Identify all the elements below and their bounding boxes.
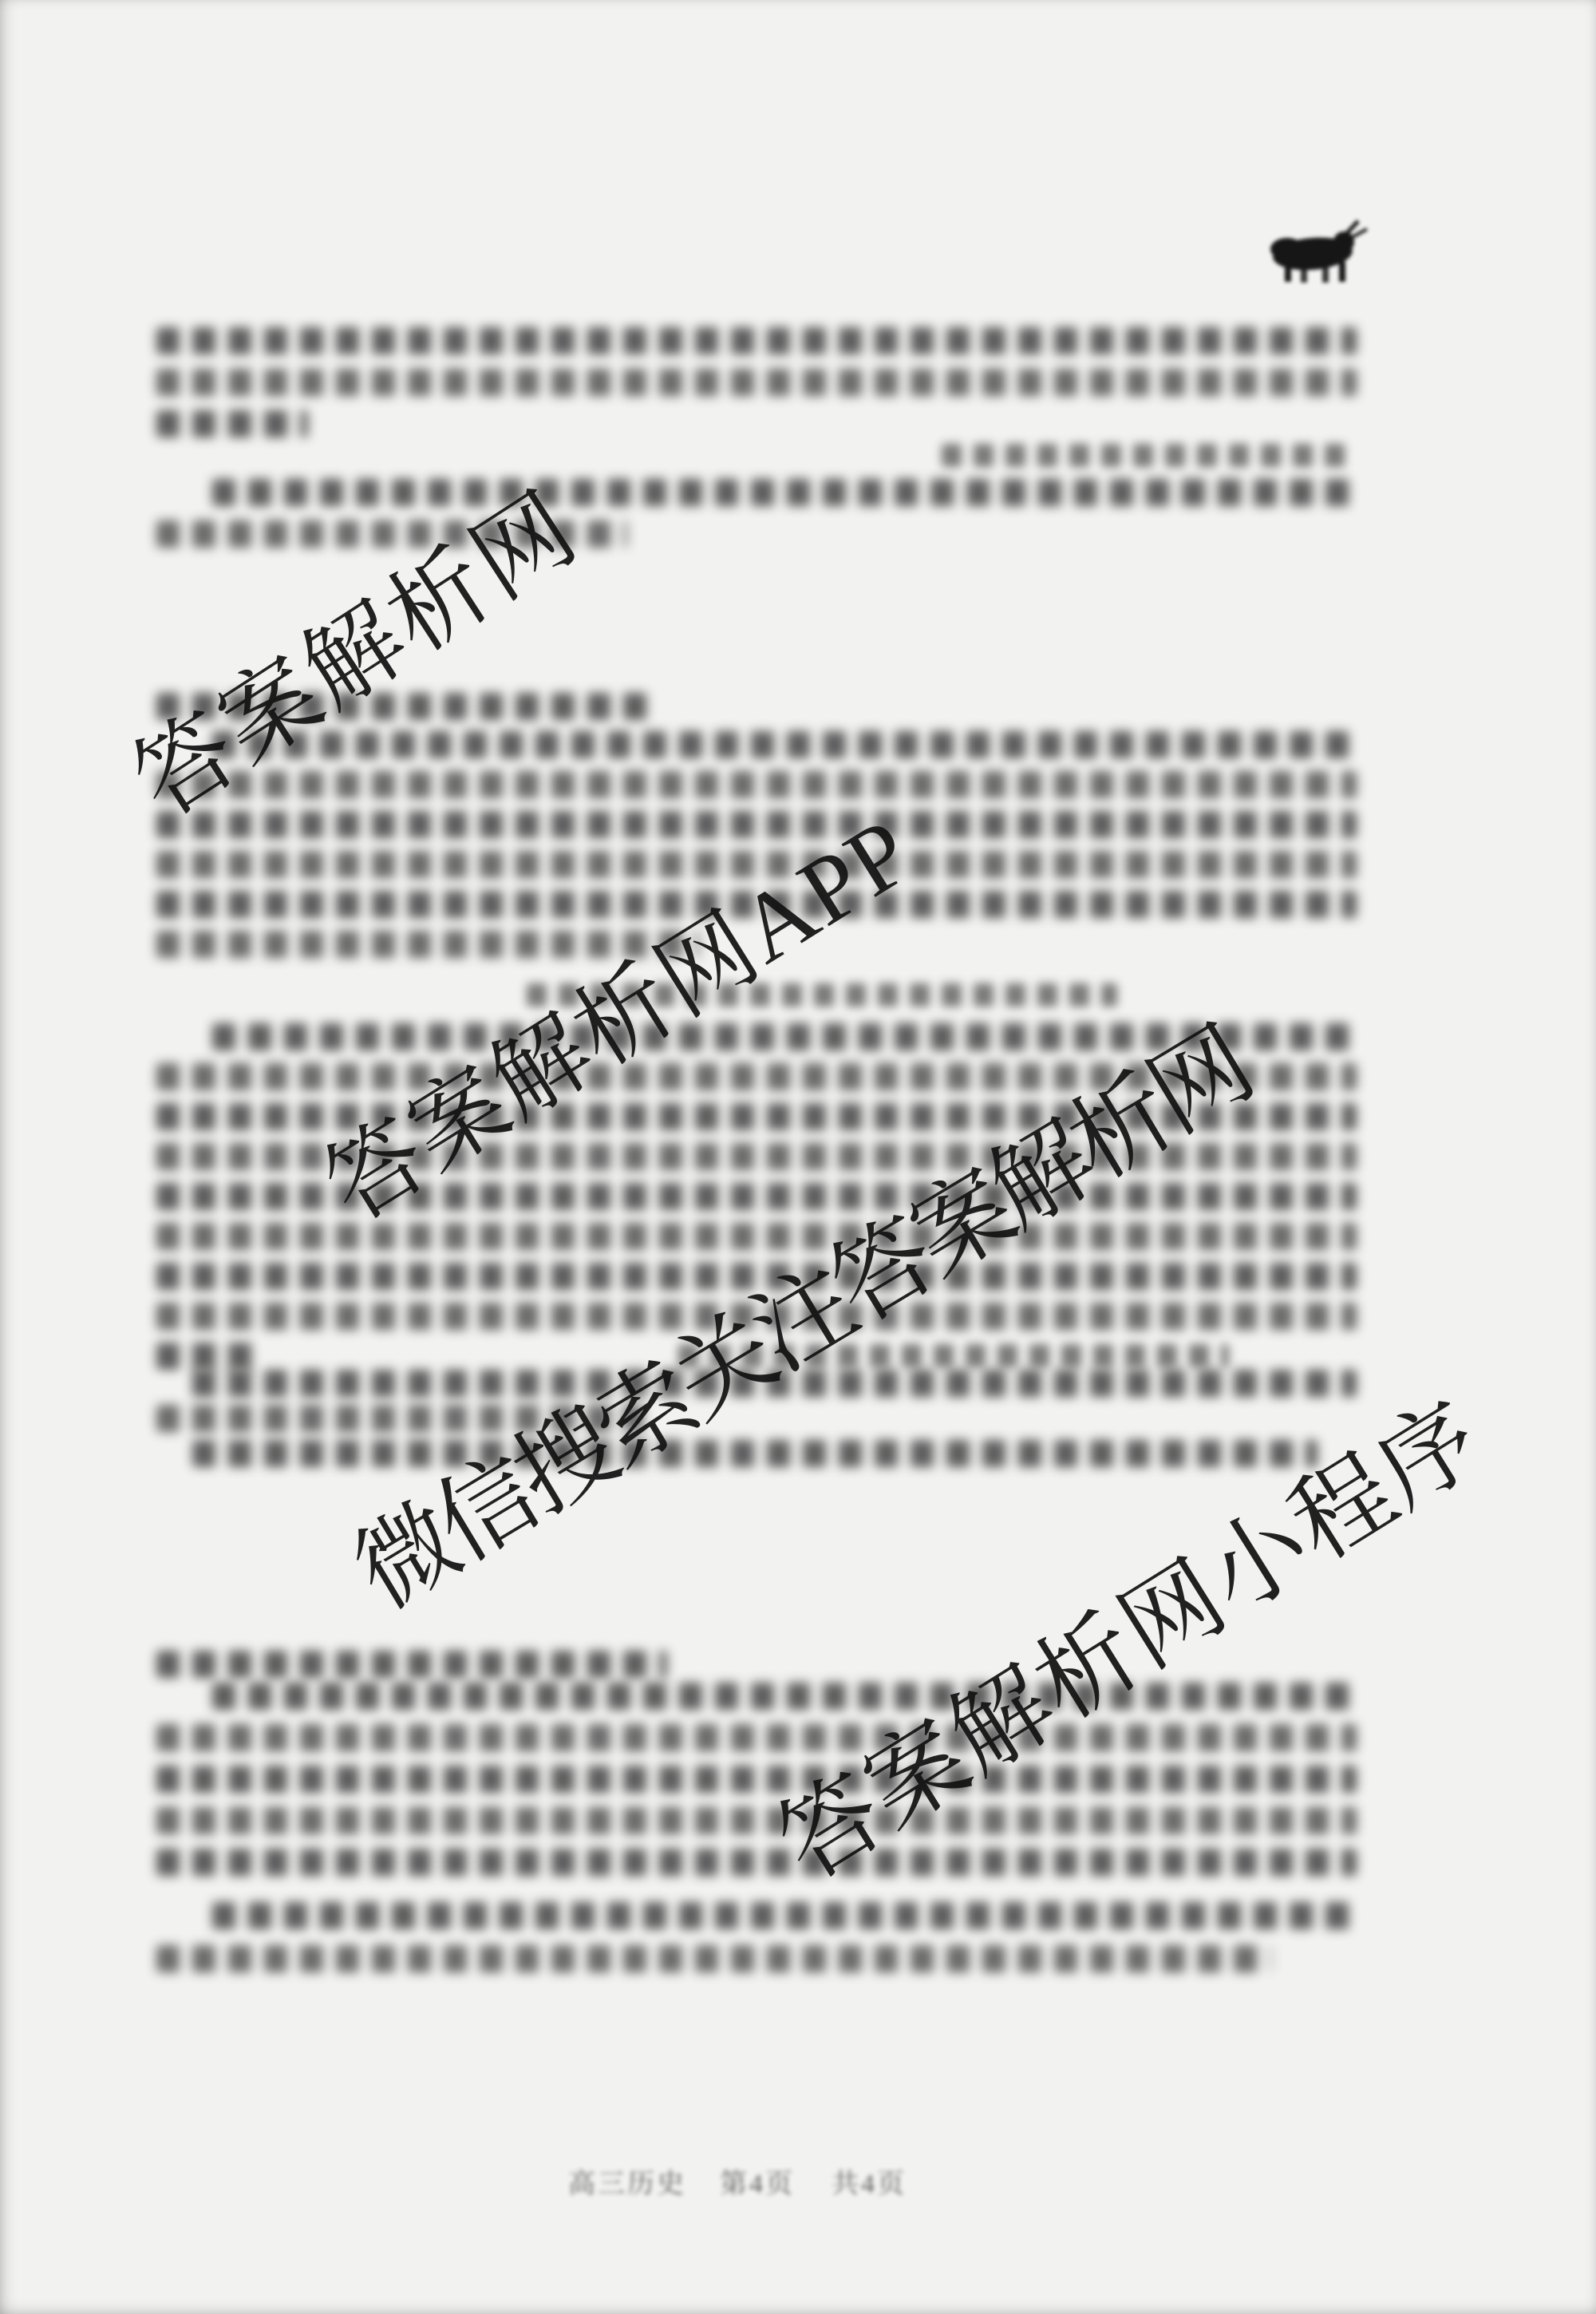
blurred-text-line bbox=[156, 520, 627, 548]
blurred-text-line bbox=[212, 479, 1357, 506]
page-footer: 高三历史 第4页 共4页 bbox=[568, 2162, 907, 2201]
blurred-text-line bbox=[156, 1263, 1357, 1290]
blurred-text-line bbox=[192, 1370, 1357, 1397]
blurred-text-line bbox=[156, 327, 1357, 354]
blurred-text-line bbox=[156, 851, 1357, 878]
blurred-text-line bbox=[156, 1063, 1357, 1090]
blurred-text-line bbox=[156, 1766, 1357, 1793]
footer-page-number: 第4页 bbox=[720, 2162, 795, 2201]
footer-course-label: 高三历史 bbox=[568, 2162, 686, 2201]
blurred-text-line bbox=[156, 1303, 1357, 1330]
blurred-text-line bbox=[156, 811, 1357, 838]
blurred-text-line bbox=[156, 1807, 1357, 1834]
blurred-text-line bbox=[156, 1183, 1357, 1210]
blurred-text-line bbox=[156, 1405, 643, 1432]
footer-page-total: 共4页 bbox=[832, 2162, 907, 2201]
publisher-stamp-icon bbox=[1263, 217, 1375, 289]
blurred-text-line bbox=[156, 931, 699, 958]
blurred-text-line bbox=[156, 1724, 1357, 1751]
blurred-text-line bbox=[156, 1945, 1271, 1972]
blurred-text-line bbox=[156, 771, 1357, 798]
blurred-attribution-line bbox=[678, 1344, 1229, 1367]
blurred-text-line bbox=[212, 1683, 1357, 1710]
blurred-text-line bbox=[212, 731, 1357, 758]
blurred-text-line bbox=[156, 369, 1357, 396]
blurred-question-header bbox=[156, 693, 651, 720]
blurred-attribution-line bbox=[527, 983, 1117, 1007]
blurred-text-line bbox=[156, 891, 1357, 918]
blurred-attribution-line bbox=[942, 444, 1349, 467]
blurred-text-line bbox=[156, 1103, 1357, 1130]
blurred-text-line bbox=[212, 1902, 1357, 1929]
blurred-text-line bbox=[192, 1440, 1317, 1467]
blurred-text-line bbox=[156, 410, 308, 437]
blurred-text-line bbox=[156, 1143, 1357, 1170]
blurred-text-line bbox=[156, 1223, 1357, 1250]
blurred-text-line bbox=[156, 1849, 1357, 1876]
scanned-exam-page: 答案解析网 答案解析网APP 微信搜索关注答案解析网 答案解析网小程序 高三历史… bbox=[0, 0, 1596, 2314]
blurred-text-line bbox=[156, 1343, 252, 1370]
blurred-text-line bbox=[212, 1023, 1357, 1050]
watermark-answer-site-app: 答案解析网APP bbox=[295, 777, 934, 1248]
blurred-question-header bbox=[156, 1651, 667, 1678]
